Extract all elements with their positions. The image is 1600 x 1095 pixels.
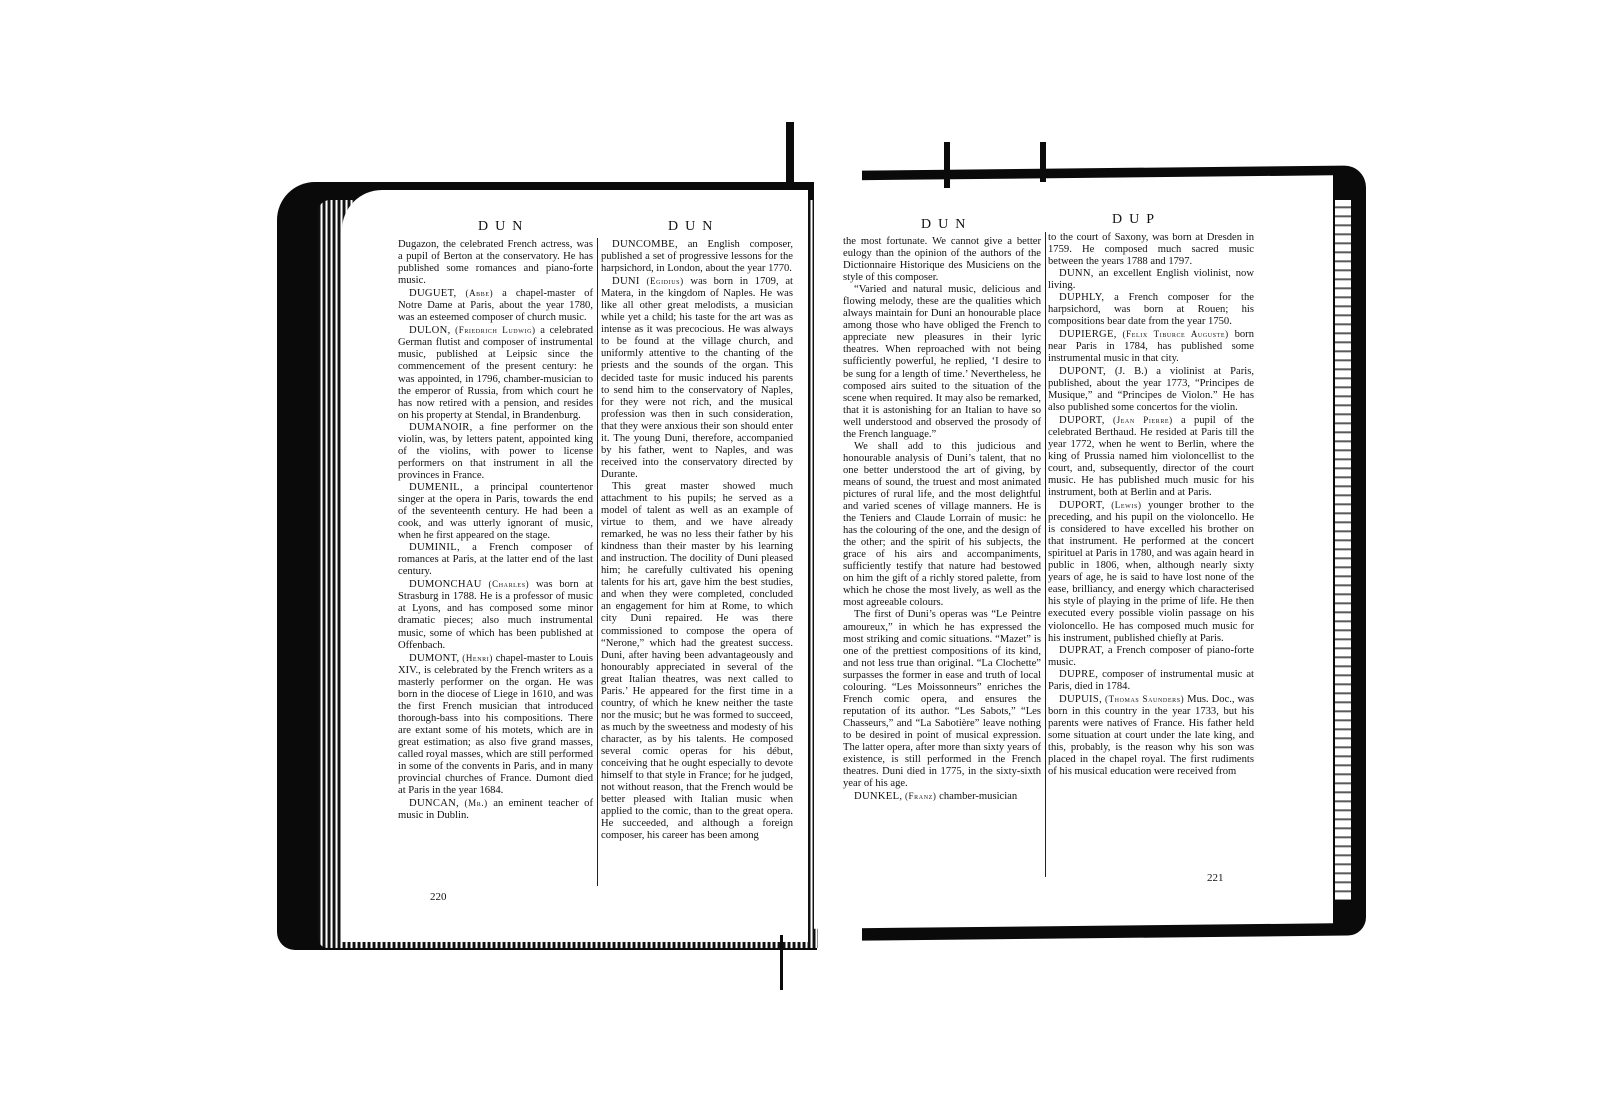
entry-given-name: (Franz) [905, 791, 937, 801]
dictionary-entry: DUMONT, (Henri) chapel-master to Louis X… [398, 652, 593, 798]
paragraph: “Varied and natural music, delicious and… [843, 284, 1041, 441]
dictionary-entry: DUNCOMBE, an English composer, published… [601, 239, 793, 275]
entry-given-name: (Egidius) [646, 276, 683, 286]
entry-text: Mus. Doc., was born in this country in t… [1048, 694, 1254, 777]
entry-headword: DUPRE, [1059, 669, 1098, 680]
entry-given-name: (Jean Pierre) [1113, 415, 1173, 425]
dictionary-entry: DUPRAT, a French composer of piano-forte… [1048, 645, 1254, 669]
dictionary-entry: DUMINIL, a French composer of romances a… [398, 542, 593, 578]
entry-headword: DUMINIL, [409, 542, 460, 553]
dictionary-entry: DUNI (Egidius) was born in 1709, at Mate… [601, 275, 793, 481]
entry-headword: DUNCOMBE, [612, 239, 678, 250]
entry-given-name: (Felix Tiburce Auguste) [1123, 329, 1229, 339]
dictionary-entry: DUGUET, (Abbe) a chapel-master of Notre … [398, 287, 593, 324]
entry-headword: DUPIERGE, [1059, 329, 1117, 340]
entry-headword: DUPORT, [1059, 415, 1105, 426]
book-scan: DUN DUN Dugazon, the celebrated French a… [0, 0, 1600, 1095]
right-page-column-2: to the court of Saxony, was born at Dres… [1048, 232, 1254, 778]
paragraph: The first of Duni’s operas was “Le Peint… [843, 609, 1041, 790]
entry-headword: DUNCAN, [409, 798, 459, 809]
entry-text: a celebrated German flutist and composer… [398, 325, 593, 420]
entry-given-name: (Friedrich Ludwig) [455, 325, 535, 335]
entry-text: Dugazon, the celebrated French actress, … [398, 239, 593, 286]
entry-headword: DUPORT, [1059, 500, 1105, 511]
dictionary-entry: DUPHLY, a French composer for the harpsi… [1048, 292, 1254, 328]
spine-mark [786, 122, 794, 188]
entry-headword: DUPHLY, [1059, 292, 1104, 303]
spine-mark [1040, 142, 1046, 182]
paragraph: We shall add to this judicious and honou… [843, 441, 1041, 610]
entry-text: younger brother to the preceding, and hi… [1048, 500, 1254, 644]
paragraph: to the court of Saxony, was born at Dres… [1048, 232, 1254, 268]
entry-headword: DUNKEL, [854, 791, 902, 802]
dictionary-entry: DUNKEL, (Franz) chamber-musician [843, 790, 1041, 803]
entry-text: a pupil of the celebrated Berthaud. He r… [1048, 415, 1254, 498]
running-head-right-col2: DUP [1112, 212, 1161, 228]
entry-given-name: (Henri) [462, 653, 493, 663]
column-rule [1045, 232, 1046, 877]
entry-headword: DUMONT, [409, 653, 459, 664]
entry-given-name: (Mr.) [465, 798, 488, 808]
entry-text: chapel-master to Louis XIV., is celebrat… [398, 653, 593, 797]
entry-text: to the court of Saxony, was born at Dres… [1048, 232, 1254, 267]
dictionary-entry: DUPORT, (Jean Pierre) a pupil of the cel… [1048, 414, 1254, 499]
dictionary-entry: DUPONT, (J. B.) a violinist at Paris, pu… [1048, 366, 1254, 414]
left-page-column-2: DUNCOMBE, an English composer, published… [601, 239, 793, 842]
paragraph: This great master showed much attachment… [601, 481, 793, 842]
dictionary-entry: DUNCAN, (Mr.) an eminent teacher of musi… [398, 797, 593, 822]
entry-given-name: (Lewis) [1111, 500, 1141, 510]
right-page-edges [1335, 200, 1351, 900]
entry-text: was born in 1709, at Matera, in the king… [601, 276, 793, 480]
entry-text: the most fortunate. We cannot give a bet… [843, 236, 1041, 283]
entry-headword: DUPRAT, [1059, 645, 1104, 656]
right-page-column-1: the most fortunate. We cannot give a bet… [843, 236, 1041, 803]
entry-headword: DUPONT, [1059, 366, 1106, 377]
dictionary-entry: DUNN, an excellent English violinist, no… [1048, 268, 1254, 292]
entry-text: This great master showed much attachment… [601, 481, 793, 841]
page-number-right: 221 [1207, 872, 1224, 884]
spine-mark [780, 935, 783, 990]
dictionary-entry: DUMENIL, a principal countertenor singer… [398, 482, 593, 542]
entry-headword: DUNN, [1059, 268, 1094, 279]
entry-headword: DULON, [409, 325, 451, 336]
running-head-right-col1: DUN [921, 217, 972, 233]
entry-text: “Varied and natural music, delicious and… [843, 284, 1041, 440]
running-head-left-col1: DUN [478, 219, 529, 235]
dictionary-entry: DUPRE, composer of instrumental music at… [1048, 669, 1254, 693]
dictionary-entry: DUPUIS, (Thomas Saunders) Mus. Doc., was… [1048, 693, 1254, 778]
page-number-left: 220 [430, 891, 447, 903]
left-page-column-1: Dugazon, the celebrated French actress, … [398, 239, 593, 822]
entry-given-name: (Abbe) [465, 288, 493, 298]
entry-text: chamber-musician [937, 791, 1018, 802]
spine-mark [944, 142, 950, 188]
entry-headword: DUNI [612, 276, 640, 287]
entry-given-name: (Thomas Saunders) [1105, 694, 1184, 704]
entry-headword: DUMONCHAU [409, 579, 482, 590]
entry-headword: DUGUET, [409, 288, 457, 299]
dictionary-entry: DULON, (Friedrich Ludwig) a celebrated G… [398, 324, 593, 421]
dictionary-entry: DUPIERGE, (Felix Tiburce Auguste) born n… [1048, 328, 1254, 365]
dictionary-entry: DUMANOIR, a fine performer on the violin… [398, 422, 593, 482]
entry-given-name: (Charles) [489, 579, 530, 589]
entry-text: The first of Duni’s operas was “Le Peint… [843, 609, 1041, 789]
running-head-left-col2: DUN [668, 219, 719, 235]
entry-text: We shall add to this judicious and honou… [843, 441, 1041, 609]
dictionary-entry: DUPORT, (Lewis) younger brother to the p… [1048, 499, 1254, 645]
entry-headword: DUMANOIR, [409, 422, 473, 433]
paragraph: Dugazon, the celebrated French actress, … [398, 239, 593, 287]
column-rule [597, 238, 598, 886]
paragraph: the most fortunate. We cannot give a bet… [843, 236, 1041, 284]
entry-headword: DUMENIL, [409, 482, 463, 493]
dictionary-entry: DUMONCHAU (Charles) was born at Strasbur… [398, 578, 593, 651]
entry-headword: DUPUIS, [1059, 694, 1102, 705]
